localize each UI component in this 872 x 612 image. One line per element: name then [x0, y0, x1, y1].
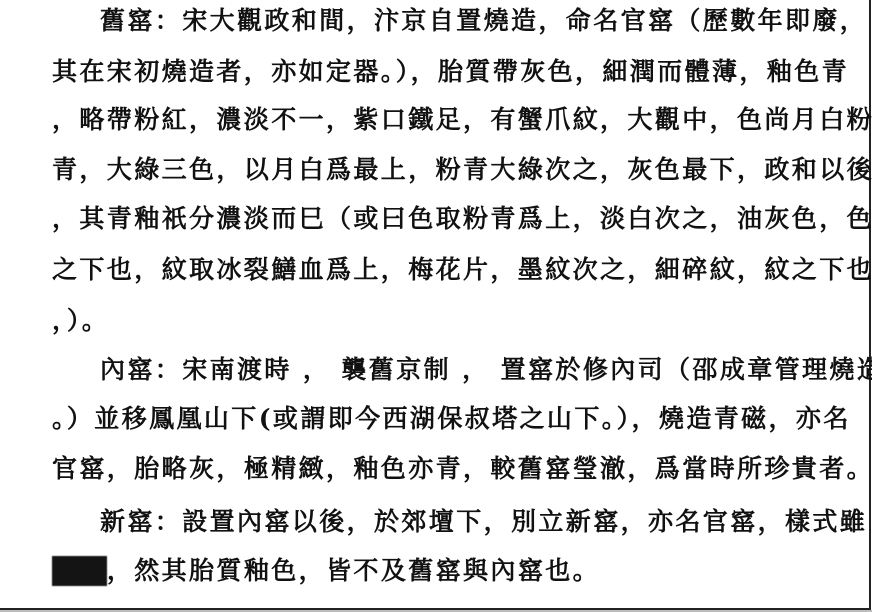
text-line: 舊窰：宋大觀政和間，汴京自置燒造，命名官窰（歷數年即廢，: [100, 6, 867, 36]
text-line: 新窰：設置內窰以後，於郊壇下，別立新窰，亦名官窰，樣式雖: [100, 507, 867, 537]
text-line: 內窰：宋南渡時 ， 襲舊京制 ， 置窰於修內司（邵成章管理燒造: [100, 355, 872, 385]
scanned-page: 舊窰：宋大觀政和間，汴京自置燒造，命名官窰（歷數年即廢， 其在宋初燒造者，亦如定…: [0, 0, 871, 610]
text-line: 其在宋初燒造者，亦如定器。），胎質帶灰色，細潤而體薄，釉色青: [52, 57, 849, 87]
text-line: 。）並移鳳凰山下(或謂即今西湖保叔塔之山下。），燒造青磁，亦名: [52, 404, 851, 434]
text-line-remainder: ，然其胎質釉色，皆不及舊窰與內窰也。: [107, 556, 600, 585]
text-line: ，）。: [52, 306, 109, 336]
text-line-last: 稍異，然其胎質釉色，皆不及舊窰與內窰也。: [52, 556, 600, 586]
text-line: 官窰，胎略灰，極精緻，釉色亦青，較舊窰瑩澈，爲當時所珍貴者。: [52, 454, 872, 484]
text-line: ，略帶粉紅，濃淡不一，紫口鐵足，有蟹爪紋，大觀中，色尚月白粉: [52, 105, 872, 135]
ink-smudge: 稍異: [52, 556, 107, 586]
text-line: 青，大綠三色，以月白爲最上，粉青大綠次之，灰色最下，政和以後: [52, 155, 872, 185]
text-line: ，其青釉祇分濃淡而巳（或曰色取粉青爲上，淡白次之，油灰色，色: [52, 204, 872, 234]
text-line: 之下也，紋取冰裂鱔血爲上，梅花片，墨紋次之，細碎紋，紋之下也: [52, 255, 872, 285]
